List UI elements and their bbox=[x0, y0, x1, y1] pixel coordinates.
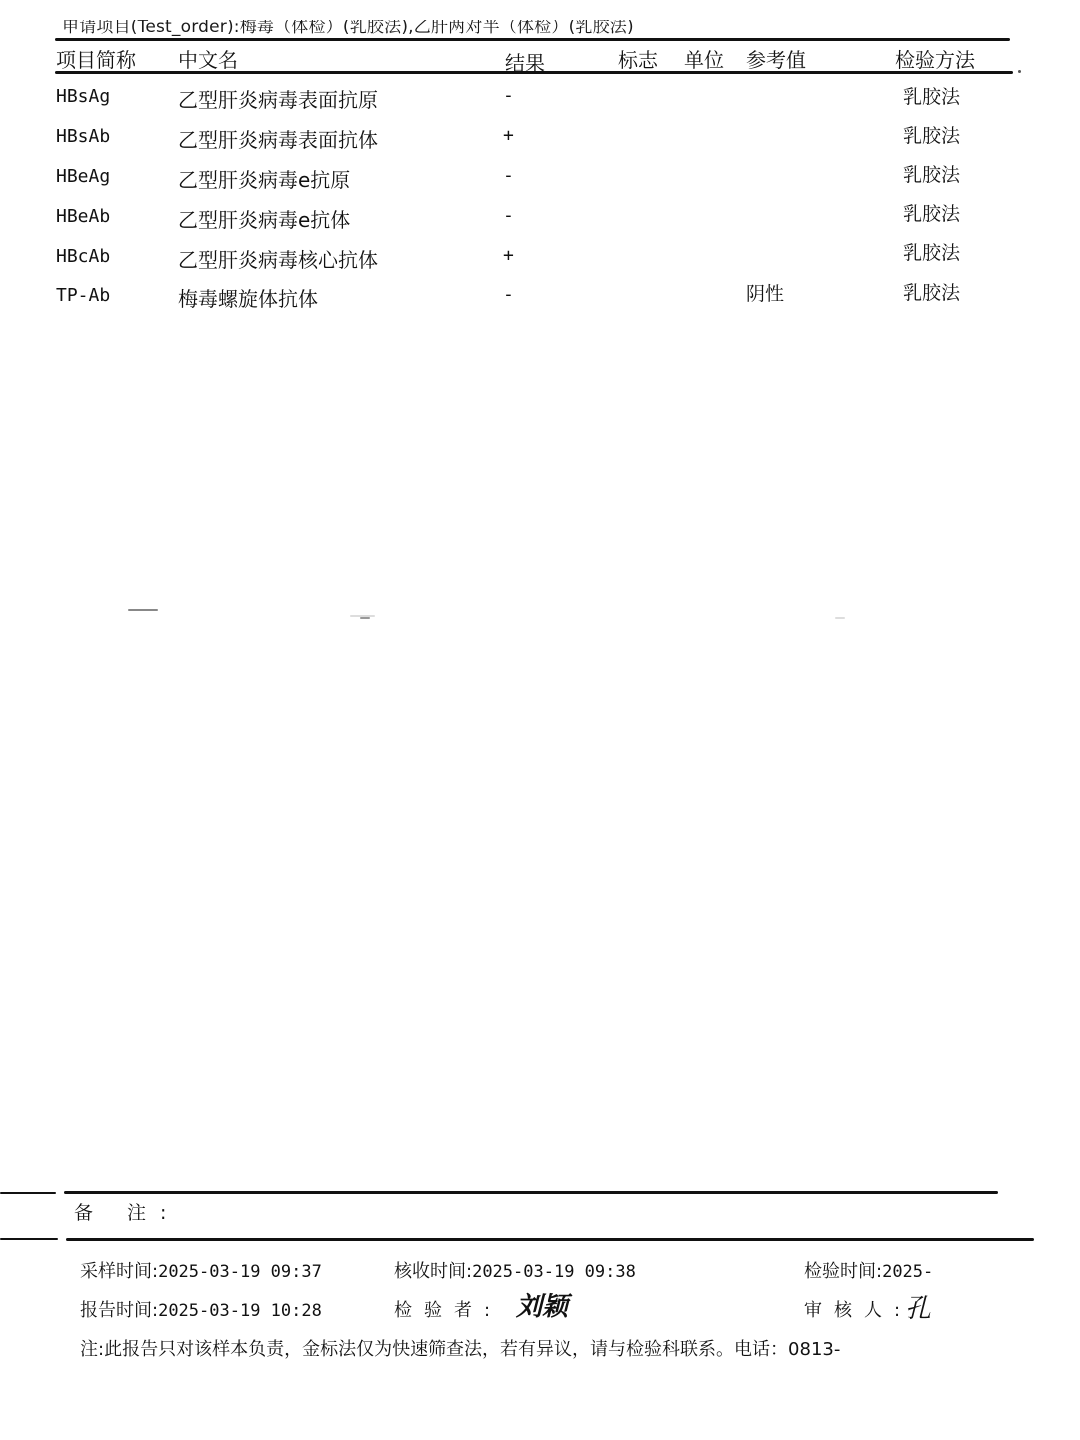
cell-name: 乙型肝炎病毒核心抗体 bbox=[178, 244, 378, 273]
cell-method: 乳胶法 bbox=[903, 238, 960, 265]
scan-artifact bbox=[835, 617, 845, 619]
cell-result: - bbox=[503, 165, 514, 186]
cell-code: TP-Ab bbox=[56, 285, 110, 306]
cell-name: 梅毒螺旋体抗体 bbox=[178, 283, 318, 312]
receive-time-label: 核收时间: bbox=[394, 1261, 472, 1282]
remark-bottom-rule bbox=[0, 1238, 58, 1240]
test-order-line: 申请项目(Test_order):梅毒（体检）(乳胶法),乙肝两对半（体检）(乳… bbox=[62, 12, 634, 37]
cell-name: 乙型肝炎病毒表面抗体 bbox=[178, 124, 378, 153]
tester-signature: 刘颖 bbox=[516, 1286, 568, 1323]
cell-name: 乙型肝炎病毒e抗原 bbox=[178, 164, 350, 193]
cell-name: 乙型肝炎病毒表面抗原 bbox=[178, 84, 378, 113]
cell-reference: 阴性 bbox=[746, 279, 784, 306]
col-header-method: 检验方法 bbox=[895, 44, 975, 73]
scan-artifact bbox=[360, 617, 370, 619]
col-header-result: 结果 bbox=[505, 47, 545, 76]
col-header-flag: 标志 bbox=[618, 44, 658, 73]
remark-top-rule bbox=[0, 1192, 56, 1194]
receive-time-value: 2025-03-19 09:38 bbox=[472, 1262, 636, 1282]
cell-result: - bbox=[503, 205, 514, 226]
report-time-label: 报告时间: bbox=[80, 1300, 158, 1321]
reviewer-signature: 孔 bbox=[905, 1288, 931, 1325]
test-time-label: 检验时间: bbox=[804, 1261, 882, 1282]
cell-method: 乳胶法 bbox=[903, 278, 960, 305]
remark-bottom-rule-main bbox=[66, 1238, 1034, 1241]
cell-code: HBeAb bbox=[56, 206, 110, 227]
report-time: 报告时间:2025-03-19 10:28 bbox=[80, 1296, 322, 1322]
cell-code: HBeAg bbox=[56, 166, 110, 187]
header-top-rule bbox=[55, 38, 1010, 41]
tester-label: 检验者: bbox=[394, 1300, 502, 1321]
cell-method: 乳胶法 bbox=[903, 160, 960, 187]
remark-label: 备 注: bbox=[74, 1198, 180, 1225]
sampling-time-label: 采样时间: bbox=[80, 1261, 158, 1282]
cell-code: HBcAb bbox=[56, 246, 110, 267]
cell-result: - bbox=[503, 284, 514, 305]
test-time-value: 2025- bbox=[882, 1262, 933, 1282]
col-header-reference: 参考值 bbox=[746, 44, 806, 73]
reviewer: 审核人: bbox=[804, 1296, 912, 1322]
remark-top-rule-main bbox=[64, 1191, 998, 1194]
cell-method: 乳胶法 bbox=[903, 82, 960, 109]
test-time: 检验时间:2025- bbox=[804, 1257, 933, 1283]
col-header-name: 中文名 bbox=[178, 44, 238, 73]
sampling-time-value: 2025-03-19 09:37 bbox=[158, 1262, 322, 1282]
cell-code: HBsAb bbox=[56, 126, 110, 147]
cell-result: + bbox=[503, 245, 514, 266]
cell-method: 乳胶法 bbox=[903, 199, 960, 226]
col-header-code: 项目简称 bbox=[56, 44, 136, 73]
col-header-unit: 单位 bbox=[684, 44, 724, 73]
scan-dot bbox=[1018, 70, 1021, 73]
cell-code: HBsAg bbox=[56, 86, 110, 107]
tester: 检验者: bbox=[394, 1296, 502, 1322]
cell-result: - bbox=[503, 85, 514, 106]
cell-method: 乳胶法 bbox=[903, 121, 960, 148]
sampling-time: 采样时间:2025-03-19 09:37 bbox=[80, 1257, 322, 1283]
report-time-value: 2025-03-19 10:28 bbox=[158, 1301, 322, 1321]
reviewer-label: 审核人: bbox=[804, 1300, 912, 1321]
cell-result: + bbox=[503, 125, 514, 146]
cell-name: 乙型肝炎病毒e抗体 bbox=[178, 204, 350, 233]
receive-time: 核收时间:2025-03-19 09:38 bbox=[394, 1257, 636, 1283]
scan-artifact bbox=[128, 609, 158, 611]
disclaimer-note: 注:此报告只对该样本负责，金标法仅为快速筛查法，若有异议，请与检验科联系。电话：… bbox=[80, 1335, 840, 1361]
